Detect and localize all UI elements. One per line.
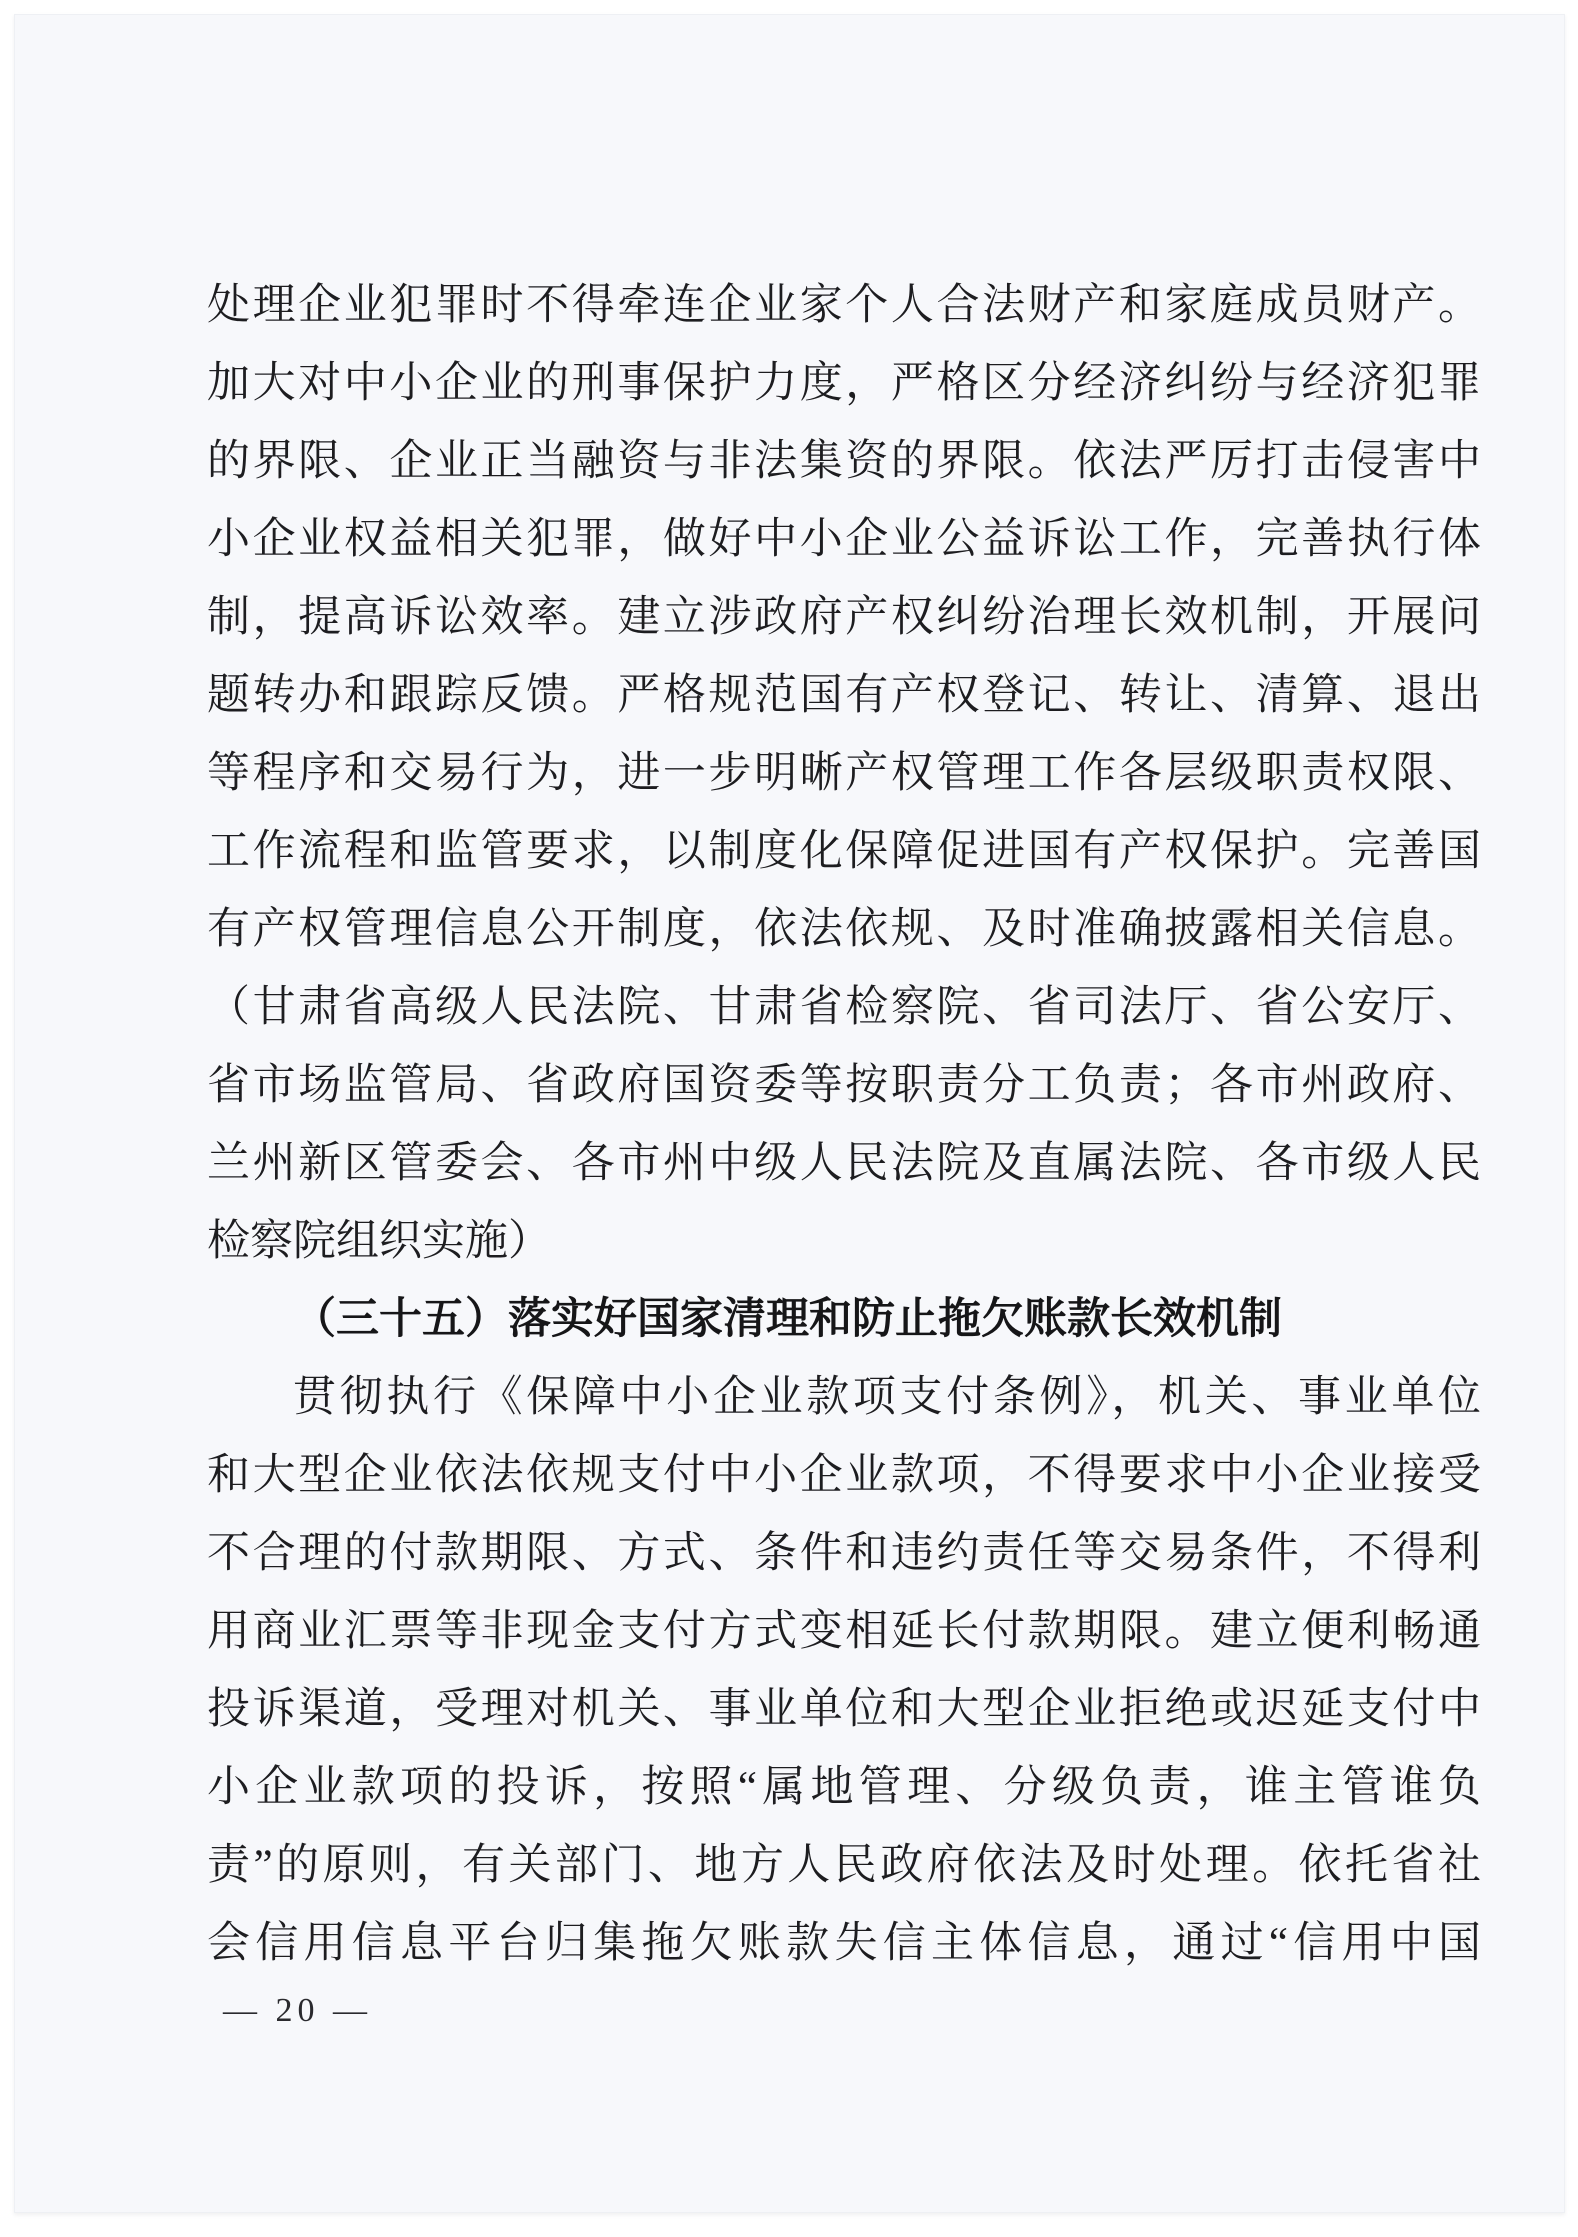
document-page: 处理企业犯罪时不得牵连企业家个人合法财产和家庭成员财产。 加大对中小企业的刑事保… [14, 14, 1565, 2213]
scan-background: 处理企业犯罪时不得牵连企业家个人合法财产和家庭成员财产。 加大对中小企业的刑事保… [0, 0, 1578, 2237]
page-number: — 20 — [223, 1987, 372, 2035]
body-line: 加大对中小企业的刑事保护力度，严格区分经济纠纷与经济犯罪 [207, 345, 1481, 423]
body-line: 制，提高诉讼效率。建立涉政府产权纠纷治理长效机制，开展问 [207, 579, 1481, 657]
body-line: 工作流程和监管要求，以制度化保障促进国有产权保护。完善国 [207, 813, 1481, 891]
body-line: 兰州新区管委会、各市州中级人民法院及直属法院、各市级人民 [207, 1125, 1481, 1203]
document-body: 处理企业犯罪时不得牵连企业家个人合法财产和家庭成员财产。 加大对中小企业的刑事保… [207, 267, 1481, 1983]
body-line: 和大型企业依法依规支付中小企业款项，不得要求中小企业接受 [207, 1437, 1481, 1515]
body-line: 等程序和交易行为，进一步明晰产权管理工作各层级职责权限、 [207, 735, 1481, 813]
body-line: 贯彻执行《保障中小企业款项支付条例》，机关、事业单位 [207, 1359, 1481, 1437]
body-line: 小企业款项的投诉，按照“属地管理、分级负责，谁主管谁负 [207, 1749, 1481, 1827]
body-line: 用商业汇票等非现金支付方式变相延长付款期限。建立便利畅通 [207, 1593, 1481, 1671]
body-line: 有产权管理信息公开制度，依法依规、及时准确披露相关信息。 [207, 891, 1481, 969]
body-line: 小企业权益相关犯罪，做好中小企业公益诉讼工作，完善执行体 [207, 501, 1481, 579]
body-line: 责”的原则，有关部门、地方人民政府依法及时处理。依托省社 [207, 1827, 1481, 1905]
section-heading: （三十五）落实好国家清理和防止拖欠账款长效机制 [207, 1281, 1481, 1359]
body-line: 检察院组织实施） [207, 1203, 1481, 1281]
body-line: 投诉渠道，受理对机关、事业单位和大型企业拒绝或迟延支付中 [207, 1671, 1481, 1749]
body-line: （甘肃省高级人民法院、甘肃省检察院、省司法厅、省公安厅、 [207, 969, 1481, 1047]
body-line: 会信用信息平台归集拖欠账款失信主体信息，通过“信用中国 [207, 1905, 1481, 1983]
body-line: 不合理的付款期限、方式、条件和违约责任等交易条件，不得利 [207, 1515, 1481, 1593]
body-line: 省市场监管局、省政府国资委等按职责分工负责；各市州政府、 [207, 1047, 1481, 1125]
body-line: 的界限、企业正当融资与非法集资的界限。依法严厉打击侵害中 [207, 423, 1481, 501]
body-line: 处理企业犯罪时不得牵连企业家个人合法财产和家庭成员财产。 [207, 267, 1481, 345]
body-line: 题转办和跟踪反馈。严格规范国有产权登记、转让、清算、退出 [207, 657, 1481, 735]
